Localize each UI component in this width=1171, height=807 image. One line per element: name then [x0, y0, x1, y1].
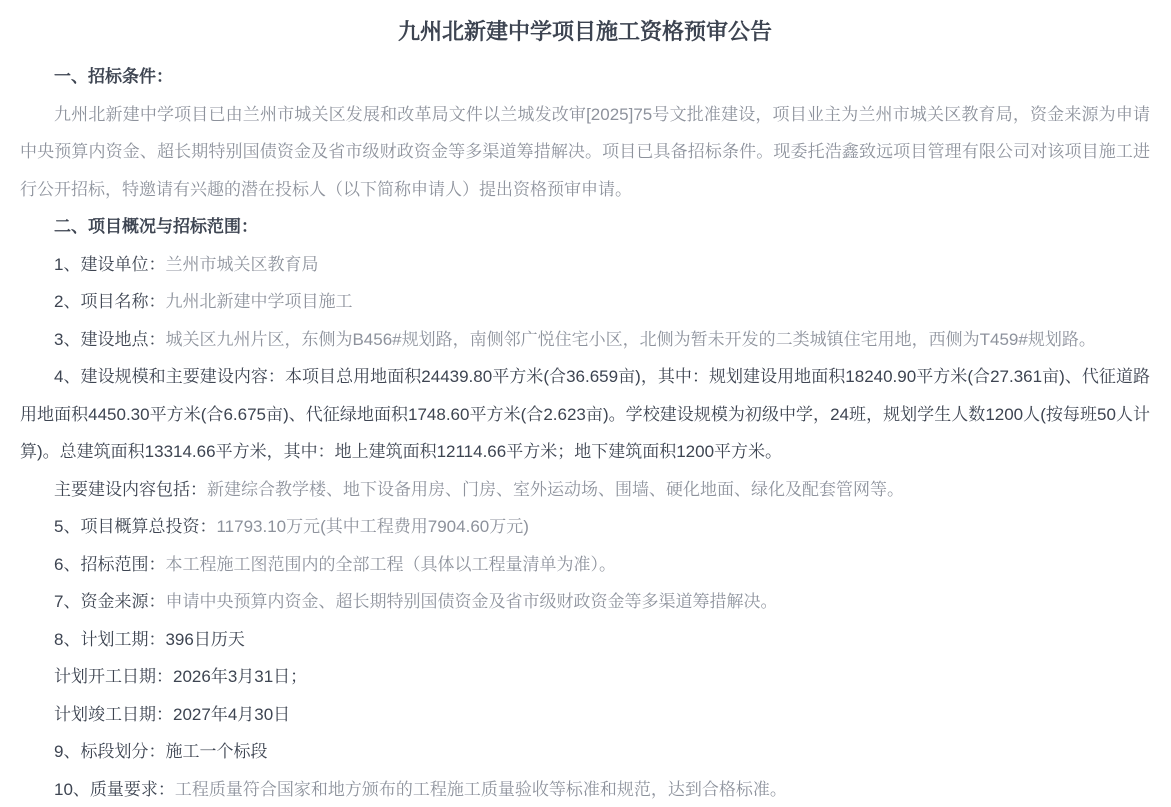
item-planned-duration: 8、计划工期：396日历天 [20, 621, 1150, 659]
item-value: 新建综合教学楼、地下设备用房、门房、室外运动场、围墙、硬化地面、绿化及配套管网等… [207, 480, 904, 499]
item-label: 1、建设单位： [54, 255, 165, 274]
item-value: 11793.10万元(其中工程费用7904.60万元) [216, 517, 528, 536]
item-label: 4、建设规模和主要建设内容： [54, 367, 285, 386]
intro-paragraph: 九州北新建中学项目已由兰州市城关区发展和改革局文件以兰城发改审[2025]75号… [20, 96, 1150, 209]
item-planned-completion-date: 计划竣工日期：2027年4月30日 [20, 696, 1150, 734]
item-location: 3、建设地点：城关区九州片区，东侧为B456#规划路，南侧邻广悦住宅小区，北侧为… [20, 321, 1150, 359]
item-value: 396日历天 [165, 630, 244, 649]
item-value: 城关区九州片区，东侧为B456#规划路，南侧邻广悦住宅小区，北侧为暂未开发的二类… [165, 330, 1095, 349]
item-total-investment: 5、项目概算总投资：11793.10万元(其中工程费用7904.60万元) [20, 508, 1150, 546]
item-main-content: 主要建设内容包括：新建综合教学楼、地下设备用房、门房、室外运动场、围墙、硬化地面… [20, 471, 1150, 509]
item-label: 计划竣工日期： [54, 705, 173, 724]
page-title: 九州北新建中学项目施工资格预审公告 [20, 14, 1150, 50]
item-quality-requirement: 10、质量要求：工程质量符合国家和地方颁布的工程施工质量验收等标准和规范，达到合… [20, 771, 1150, 807]
announcement-document: 九州北新建中学项目施工资格预审公告 一、招标条件： 九州北新建中学项目已由兰州市… [0, 0, 1171, 807]
item-value: 2027年4月30日 [173, 705, 290, 724]
item-label: 10、质量要求： [54, 780, 175, 799]
item-label: 3、建设地点： [54, 330, 165, 349]
item-label: 主要建设内容包括： [54, 480, 207, 499]
item-value: 本工程施工图范围内的全部工程（具体以工程量清单为准）。 [165, 555, 616, 574]
item-funding-source: 7、资金来源：申请中央预算内资金、超长期特别国债资金及省市级财政资金等多渠道筹措… [20, 583, 1150, 621]
item-value: 兰州市城关区教育局 [165, 255, 318, 274]
item-label: 9、标段划分： [54, 742, 165, 761]
section-heading-bidding-conditions: 一、招标条件： [20, 58, 1150, 96]
item-value: 施工一个标段 [165, 742, 267, 761]
item-label: 2、项目名称： [54, 292, 165, 311]
item-label: 6、招标范围： [54, 555, 165, 574]
item-scale-and-content: 4、建设规模和主要建设内容：本项目总用地面积24439.80平方米(合36.65… [20, 358, 1150, 471]
item-project-name: 2、项目名称：九州北新建中学项目施工 [20, 283, 1150, 321]
item-value: 工程质量符合国家和地方颁布的工程施工质量验收等标准和规范，达到合格标准。 [175, 780, 787, 799]
item-section-division: 9、标段划分：施工一个标段 [20, 733, 1150, 771]
section-heading-project-overview: 二、项目概况与招标范围： [20, 208, 1150, 246]
item-value: 申请中央预算内资金、超长期特别国债资金及省市级财政资金等多渠道筹措解决。 [165, 592, 777, 611]
item-construction-unit: 1、建设单位：兰州市城关区教育局 [20, 246, 1150, 284]
item-planned-start-date: 计划开工日期：2026年3月31日； [20, 658, 1150, 696]
item-bidding-scope: 6、招标范围：本工程施工图范围内的全部工程（具体以工程量清单为准）。 [20, 546, 1150, 584]
item-label: 5、项目概算总投资： [54, 517, 216, 536]
item-value: 九州北新建中学项目施工 [165, 292, 352, 311]
item-value: 2026年3月31日； [173, 667, 307, 686]
item-label: 7、资金来源： [54, 592, 165, 611]
item-label: 计划开工日期： [54, 667, 173, 686]
item-label: 8、计划工期： [54, 630, 165, 649]
